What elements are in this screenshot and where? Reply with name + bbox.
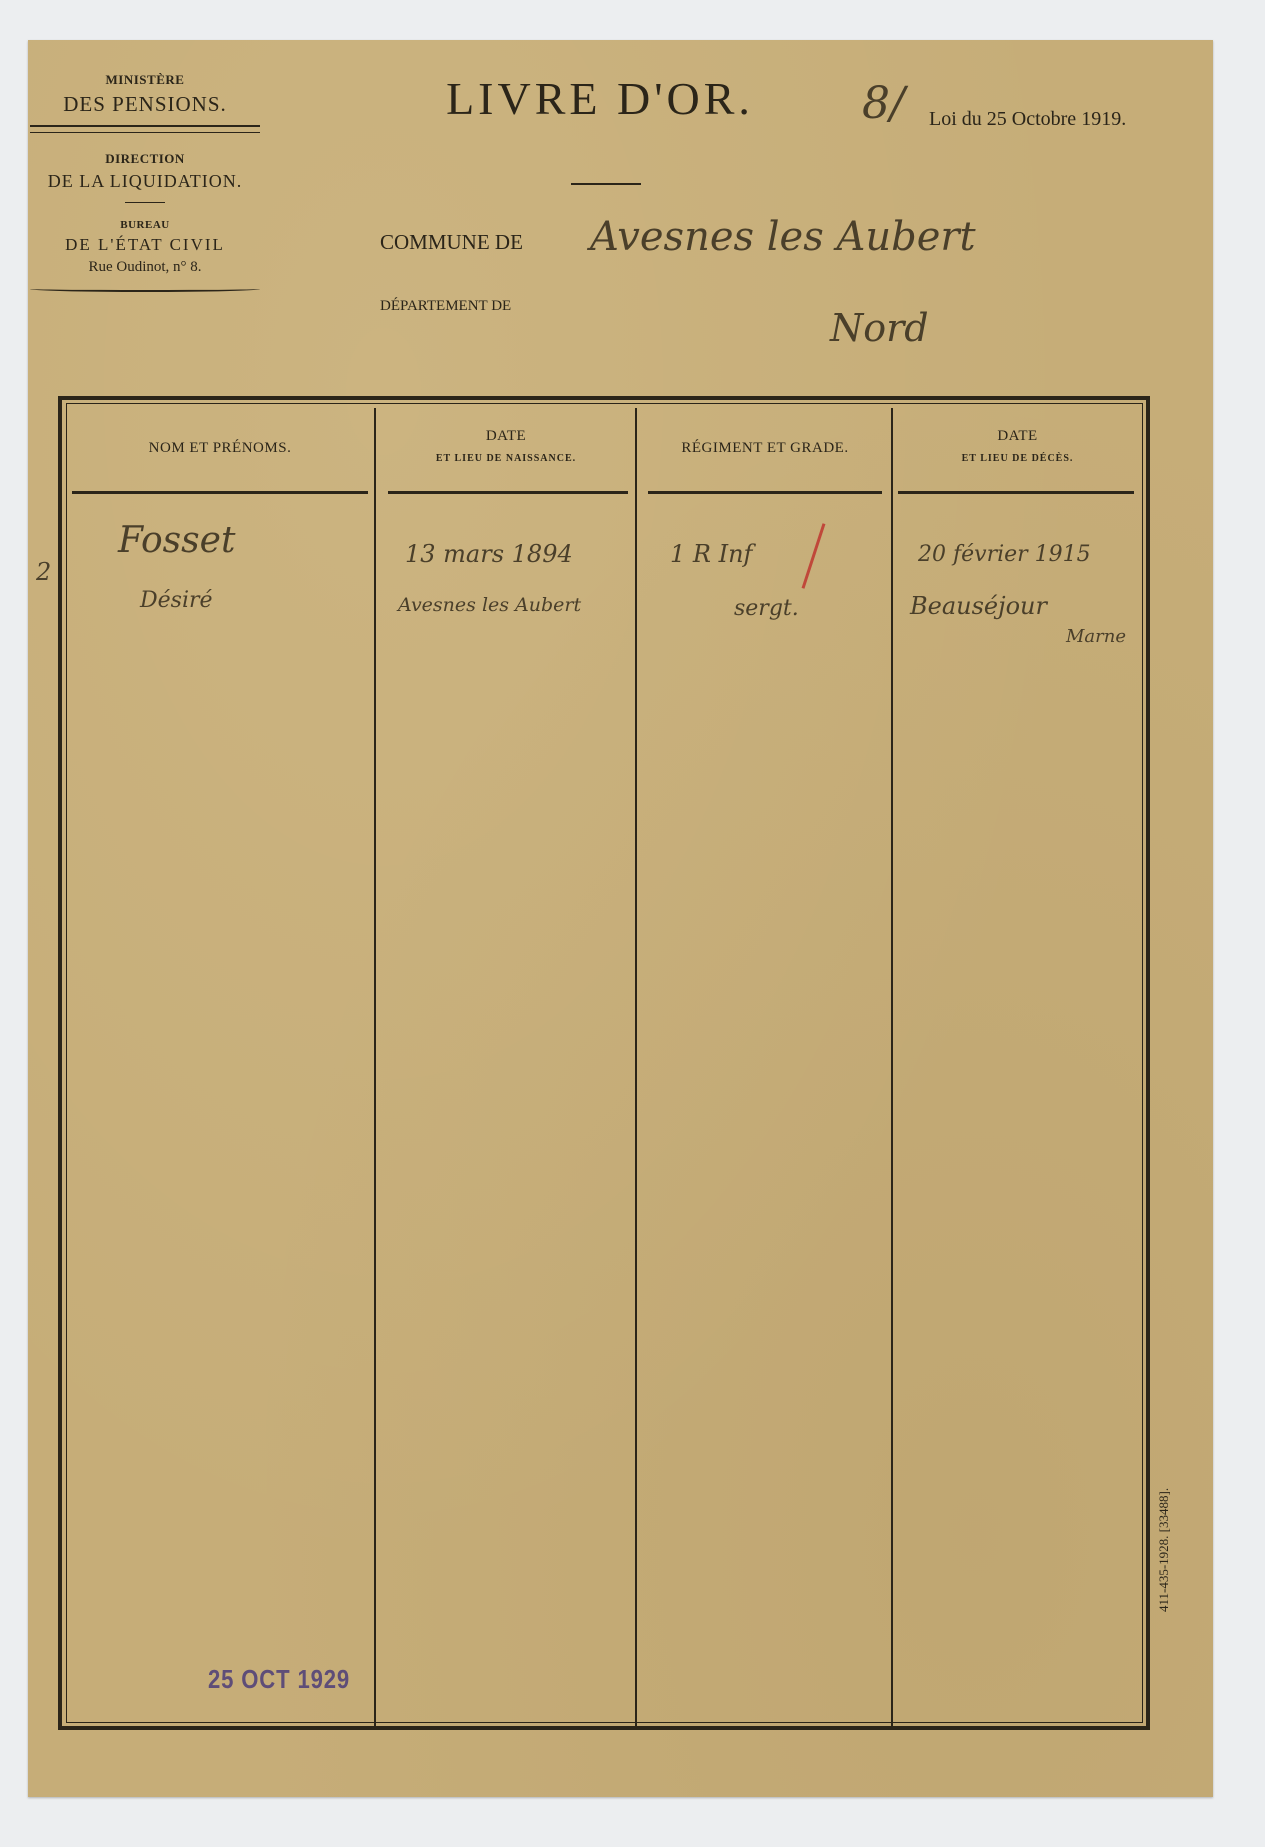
- address: Rue Oudinot, n° 8.: [30, 259, 260, 276]
- commune-value: Avesnes les Aubert: [590, 214, 976, 260]
- entry-deces-lieu: Beauséjour: [910, 592, 1047, 620]
- header-rule: [648, 491, 882, 494]
- wavy-rule: [30, 286, 260, 292]
- date-stamp: 25 OCT 1929: [208, 1664, 350, 1695]
- bureau-name: DE L'ÉTAT CIVIL: [30, 235, 260, 255]
- entry-deces-date: 20 février 1915: [918, 542, 1091, 567]
- bureau-label: BUREAU: [30, 219, 260, 231]
- commune-label: COMMUNE DE: [380, 230, 523, 255]
- column-header-deces: DATE ET LIEU DE DÉCÈS.: [895, 428, 1140, 464]
- direction-label: DIRECTION: [30, 151, 260, 167]
- entry-grade: sergt.: [734, 596, 799, 621]
- title-rule: [571, 183, 641, 185]
- double-rule: [30, 125, 260, 133]
- print-code: 411-435-1928. [33488].: [1156, 1488, 1172, 1612]
- ministry-block: MINISTÈRE DES PENSIONS. DIRECTION DE LA …: [30, 72, 260, 292]
- entry-prenoms: Désiré: [140, 588, 213, 613]
- handwritten-mark: 8/: [862, 78, 905, 129]
- entry-regiment: 1 R Inf: [670, 540, 752, 568]
- header-rule: [72, 491, 368, 494]
- column-divider: [891, 408, 893, 1728]
- column-divider: [374, 408, 376, 1728]
- short-rule: [125, 202, 165, 203]
- entry-deces-departement: Marne: [1066, 626, 1126, 647]
- page-title: LIVRE D'OR.: [390, 72, 810, 125]
- law-reference: Loi du 25 Octobre 1919.: [929, 108, 1126, 131]
- header-rule: [388, 491, 628, 494]
- column-header-regiment: RÉGIMENT ET GRADE.: [640, 440, 890, 457]
- ministry-name: DES PENSIONS.: [30, 92, 260, 117]
- departement-value: Nord: [830, 306, 929, 350]
- column-header-nom: NOM ET PRÉNOMS.: [72, 440, 368, 457]
- header-rule: [898, 491, 1134, 494]
- column-header-naissance: DATE ET LIEU DE NAISSANCE.: [378, 428, 634, 464]
- entry-naissance-lieu: Avesnes les Aubert: [398, 594, 581, 616]
- margin-mark: 2: [36, 558, 51, 586]
- entry-naissance-date: 13 mars 1894: [405, 540, 573, 568]
- column-divider: [635, 408, 637, 1728]
- departement-label: DÉPARTEMENT DE: [380, 298, 511, 315]
- direction-name: DE LA LIQUIDATION.: [30, 171, 260, 192]
- entry-nom: Fosset: [118, 520, 235, 561]
- ministry-label: MINISTÈRE: [30, 72, 260, 88]
